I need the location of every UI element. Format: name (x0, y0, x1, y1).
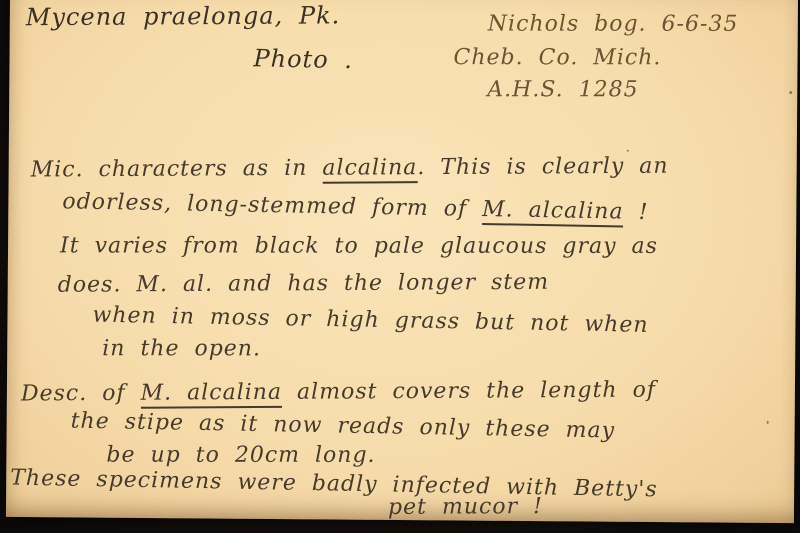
note-text: does. M. al. and has the longer stem (58, 270, 549, 298)
underlined-species: alcalina (322, 155, 417, 184)
collection-county-state: Cheb. Co. Mich. (454, 45, 662, 70)
paper-speck (767, 421, 769, 424)
note-line: be up to 20cm long. (106, 443, 375, 468)
note-line: pet mucor ! (388, 494, 543, 520)
note-text: These specimens were badly infected with… (10, 466, 658, 503)
photo-background: Mycena praelonga, Pk. Photo . Nichols bo… (0, 0, 800, 533)
index-card: Mycena praelonga, Pk. Photo . Nichols bo… (6, 0, 798, 523)
note-text: It varies from black to pale glaucous gr… (60, 233, 658, 259)
note-text: Mic. characters as in (31, 156, 323, 183)
paper-speck (627, 150, 629, 152)
note-text: the stipe as it now reads only these may (70, 409, 615, 444)
note-text: when in moss or high grass but not when (92, 303, 648, 338)
note-text: ! (623, 200, 648, 225)
species-name: Mycena praelonga, Pk. (26, 1, 341, 31)
note-line: when in moss or high grass but not when (92, 303, 648, 338)
note-text: be up to 20cm long. (106, 443, 375, 468)
note-line: does. M. al. and has the longer stem (58, 270, 549, 298)
note-line: the stipe as it now reads only these may (70, 409, 615, 444)
note-line: odorless, long-stemmed form of M. alcali… (62, 189, 648, 225)
note-text: odorless, long-stemmed form of (62, 189, 482, 222)
note-text: Desc. of (21, 381, 141, 407)
note-text: almost covers the length of (282, 378, 656, 405)
note-text: in the open. (102, 336, 261, 361)
note-line: Desc. of M. alcalina almost covers the l… (21, 378, 656, 407)
collection-locality-date: Nichols bog. 6-6-35 (488, 12, 739, 37)
species-title: Mycena praelonga, Pk. (26, 1, 341, 31)
note-line: in the open. (102, 336, 261, 361)
collection-number: A.H.S. 1285 (487, 77, 638, 102)
note-line: These specimens were badly infected with… (10, 466, 658, 503)
note-line: It varies from black to pale glaucous gr… (60, 233, 658, 259)
underlined-species: M. alcalina (482, 197, 624, 228)
underlined-species: M. alcalina (140, 380, 282, 409)
note-line: Mic. characters as in alcalina. This is … (31, 154, 669, 183)
photo-label: Photo . (253, 44, 353, 74)
note-text: . This is clearly an (417, 154, 668, 181)
note-text: pet mucor ! (388, 494, 543, 520)
paper-speck (789, 91, 792, 94)
